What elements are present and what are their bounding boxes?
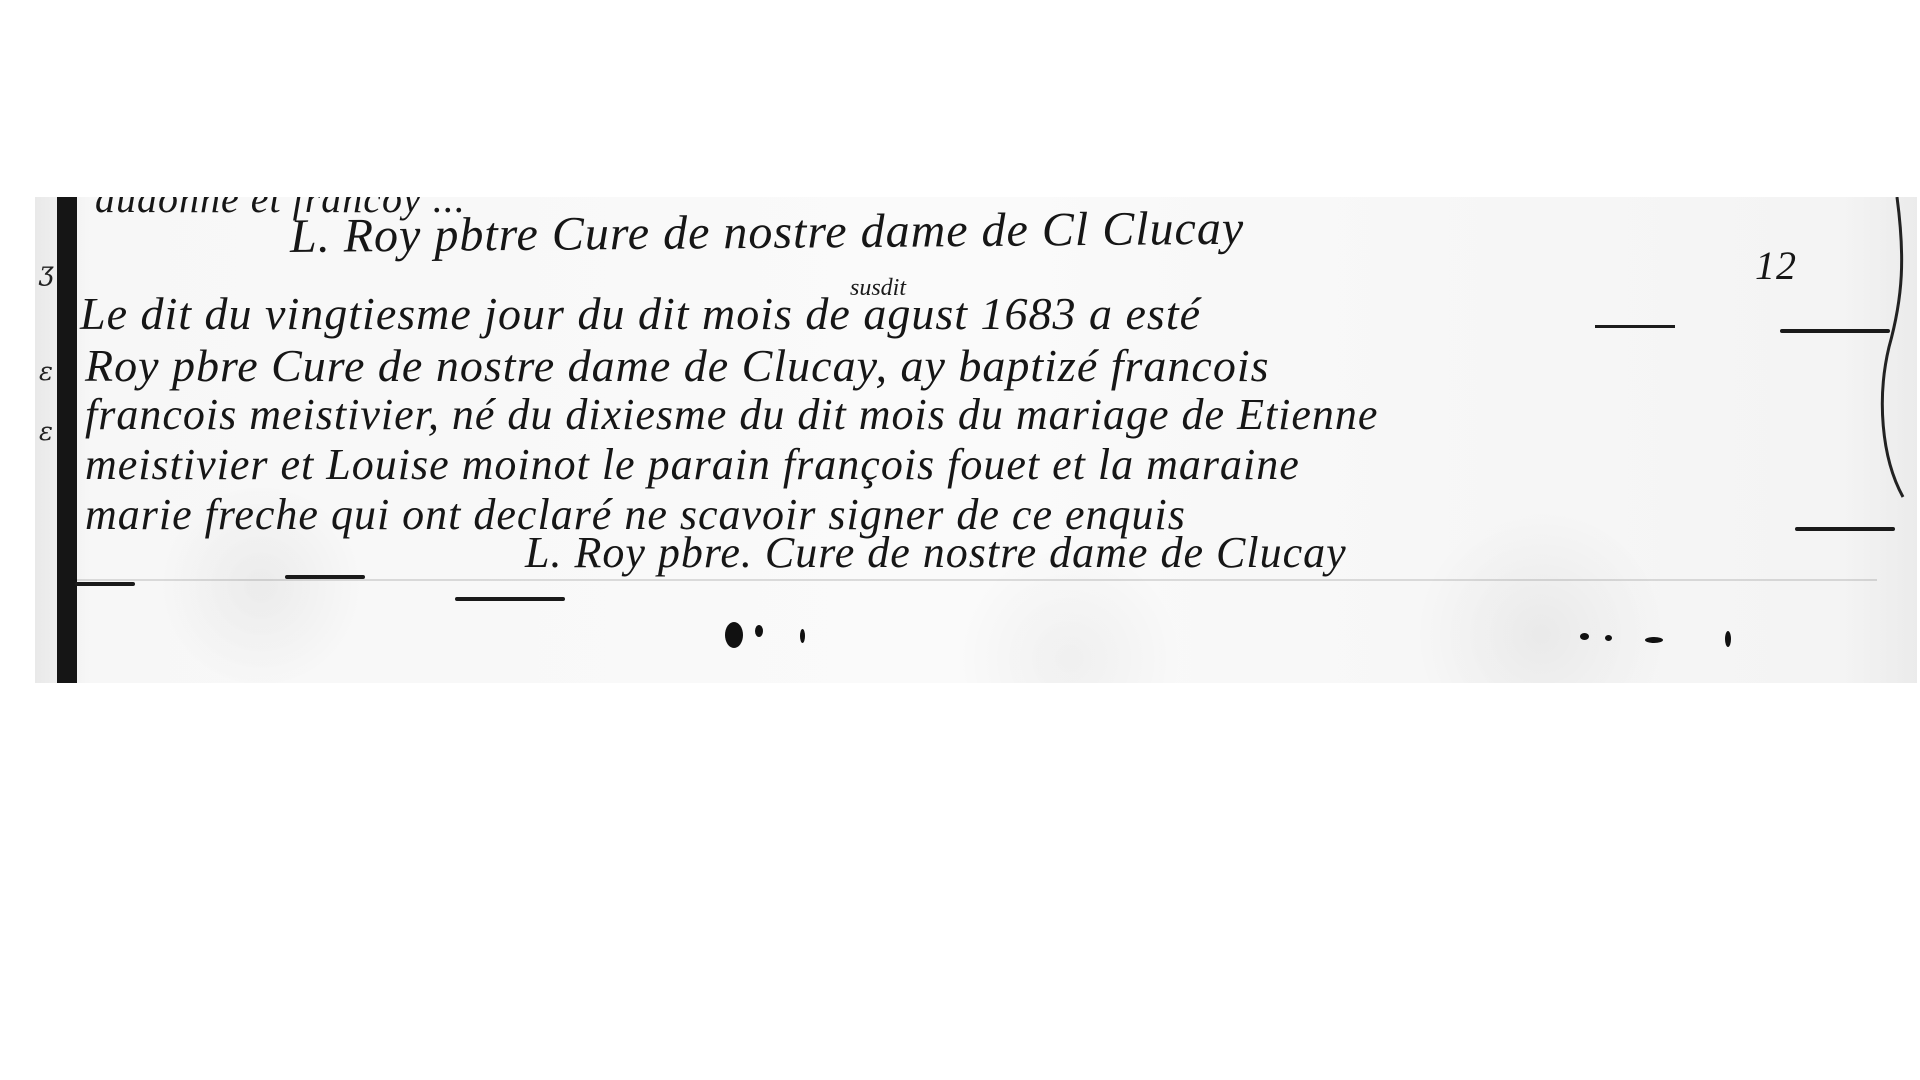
line-filler-dash [1795,527,1895,531]
margin-scribble: ɛ [39,357,53,387]
manuscript-page: ʒ ɛ ɛ audonne et francoy ... L. Roy pbtr… [35,197,1917,683]
text-line-3: Roy pbre Cure de nostre dame de Clucay, … [85,339,1270,392]
text-line-5: meistivier et Louise moinot le parain fr… [85,439,1300,490]
text-line-1: L. Roy pbtre Cure de nostre dame de Cl C… [290,201,1245,264]
ink-blot [1580,633,1589,640]
ink-blot [755,625,763,637]
ruled-line [75,579,1877,581]
signature-line: L. Roy pbre. Cure de nostre dame de Cluc… [525,527,1347,578]
margin-scribble: ɛ [39,417,53,447]
right-margin-curve [1877,197,1917,683]
margin-ink-bar [57,197,77,683]
margin-note: 12 [1755,242,1797,289]
text-line-4: francois meistivier, né du dixiesme du d… [85,389,1378,440]
text-line-2: Le dit du vingtiesme jour du dit mois de… [80,287,1201,340]
signature-flourish [455,597,565,601]
ink-blot [725,622,743,648]
ink-blot [800,629,805,643]
ink-blot [1645,637,1663,643]
strikethrough [1595,325,1675,328]
line-filler-dash [285,575,365,579]
line-filler-dash [75,582,135,586]
margin-scribble: ʒ [39,257,54,287]
line-filler-dash [1780,329,1890,333]
ink-blot [1605,635,1612,641]
ink-blot [1725,631,1731,647]
